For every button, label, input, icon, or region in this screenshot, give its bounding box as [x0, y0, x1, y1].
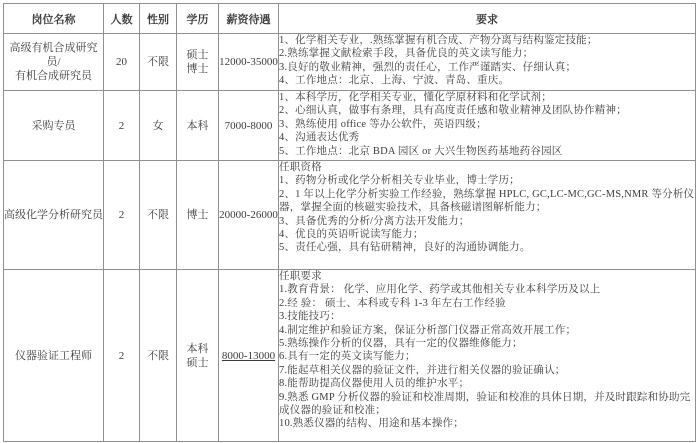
header-position: 岗位名称	[4, 4, 104, 34]
education-line: 博士	[177, 62, 218, 76]
position-line: 高级化学分析研究员	[4, 208, 103, 222]
salary-cell: 12000-35000	[219, 34, 279, 91]
header-gender: 性别	[140, 4, 177, 34]
education-line: 硕士	[177, 356, 218, 370]
position-line: 仪器验证工程师	[4, 349, 103, 363]
requirements-cell: 1、化学相关专业，.熟练掌握有机合成、产物分离与结构鉴定技能；2.熟练掌握文献检…	[279, 34, 696, 91]
education-line: 硕士	[177, 48, 218, 62]
position-line: 有机合成研究员	[4, 69, 103, 83]
position-cell: 采购专员	[4, 91, 104, 161]
requirement-line: 2.经 验： 硕士、本科或专科 1-3 年左右工作经验	[279, 297, 695, 310]
requirement-line: 2、1 年以上化学分析实验工作经验，熟练掌握 HPLC, GC,LC-MC,GC…	[279, 188, 695, 215]
position-cell: 仪器验证工程师	[4, 270, 104, 442]
position-cell: 高级有机合成研究员/有机合成研究员	[4, 34, 104, 91]
requirement-line: 4、工作地点：北京、上海、宁波、青岛、重庆。	[279, 74, 695, 87]
requirement-line: 2.熟练掌握文献检索手段，具备优良的英文读写能力；	[279, 47, 695, 60]
table-row: 高级化学分析研究员 2 不限 博士 20000-26000 任职资格1、药物分析…	[4, 161, 696, 270]
headcount-cell: 2	[104, 270, 140, 442]
job-postings-table: 岗位名称 人数 性别 学历 薪资待遇 要求 高级有机合成研究员/有机合成研究员 …	[3, 3, 696, 442]
requirements-cell: 1、本科学历，化学相关专业，懂化学原材料和化学试剂；2、心细认真，做事有条理，具…	[279, 91, 696, 161]
header-education: 学历	[177, 4, 219, 34]
gender-cell: 不限	[140, 161, 177, 270]
position-cell: 高级化学分析研究员	[4, 161, 104, 270]
gender-cell: 女	[140, 91, 177, 161]
requirement-line: 9.熟悉 GMP 分析仪器的验证和校准周期，验证和校准的具体日期，并及时跟踪和协…	[279, 391, 695, 418]
education-line: 本科	[177, 342, 218, 356]
education-cell: 博士	[177, 161, 219, 270]
requirement-line: 任职资格	[279, 161, 695, 174]
header-row: 岗位名称 人数 性别 学历 薪资待遇 要求	[4, 4, 696, 34]
requirement-line: 8.能帮助提高仪器使用人员的维护水平；	[279, 377, 695, 390]
requirement-line: 10.熟悉仪器的结构、用途和基本操作；	[279, 417, 695, 430]
requirement-line: 1.教育背景： 化学、应用化学、药学或其他相关专业本科学历及以上	[279, 283, 695, 296]
gender-cell: 不限	[140, 34, 177, 91]
education-cell: 本科	[177, 91, 219, 161]
salary-link[interactable]: 8000-13000	[222, 350, 275, 362]
requirements-cell: 任职要求1.教育背景： 化学、应用化学、药学或其他相关专业本科学历及以上2.经 …	[279, 270, 696, 442]
salary-cell: 8000-13000	[219, 270, 279, 442]
requirement-line: 1、本科学历，化学相关专业，懂化学原材料和化学试剂；	[279, 91, 695, 104]
requirement-line: 4.制定维护和验证方案，保证分析部门仪器正常高效开展工作；	[279, 324, 695, 337]
requirements-cell: 任职资格1、药物分析或化学分析相关专业毕业，博士学历；2、1 年以上化学分析实验…	[279, 161, 696, 270]
headcount-cell: 20	[104, 34, 140, 91]
job-table-page: 岗位名称 人数 性别 学历 薪资待遇 要求 高级有机合成研究员/有机合成研究员 …	[0, 0, 698, 443]
header-headcount: 人数	[104, 4, 140, 34]
table-row: 高级有机合成研究员/有机合成研究员 20 不限 硕士博士 12000-35000…	[4, 34, 696, 91]
header-salary: 薪资待遇	[219, 4, 279, 34]
requirement-line: 4、优良的英语听说读写能力；	[279, 228, 695, 241]
header-requirements: 要求	[279, 4, 696, 34]
requirement-line: 4、沟通表达优秀	[279, 131, 695, 144]
requirement-line: 3、具备优秀的分析/分离方法开发能力；	[279, 215, 695, 228]
requirement-line: 5、工作地点：北京 BDA 园区 or 大兴生物医药基地药谷园区	[279, 145, 695, 158]
requirement-line: 任职要求	[279, 270, 695, 283]
education-cell: 硕士博士	[177, 34, 219, 91]
requirement-line: 6.具有一定的英文读写能力；	[279, 350, 695, 363]
education-line: 博士	[177, 208, 218, 222]
education-cell: 本科硕士	[177, 270, 219, 442]
requirement-line: 3、熟练使用 office 等办公软件，英语四级；	[279, 118, 695, 131]
requirement-line: 5.熟练操作分析的仪器，具有一定的仪器维修能力；	[279, 337, 695, 350]
requirement-line: 3.技能技巧：	[279, 310, 695, 323]
requirement-line: 7.能起草相关仪器的验证文件，并进行相关仪器的验证确认；	[279, 364, 695, 377]
requirement-line: 5、责任心强，具有钻研精神，良好的沟通协调能力。	[279, 241, 695, 254]
requirement-line: 3.良好的敬业精神，强烈的责任心，工作严谨踏实、仔细认真；	[279, 61, 695, 74]
requirement-line: 2、心细认真，做事有条理，具有高度责任感和敬业精神及团队协作精神；	[279, 104, 695, 117]
position-line: 高级有机合成研究员/	[4, 41, 103, 69]
salary-cell: 20000-26000	[219, 161, 279, 270]
requirement-line: 1、化学相关专业，.熟练掌握有机合成、产物分离与结构鉴定技能；	[279, 34, 695, 47]
table-row: 采购专员 2 女 本科 7000-8000 1、本科学历，化学相关专业，懂化学原…	[4, 91, 696, 161]
headcount-cell: 2	[104, 161, 140, 270]
education-line: 本科	[177, 119, 218, 133]
position-line: 采购专员	[4, 119, 103, 133]
table-row: 仪器验证工程师 2 不限 本科硕士 8000-13000 任职要求1.教育背景：…	[4, 270, 696, 442]
salary-cell: 7000-8000	[219, 91, 279, 161]
headcount-cell: 2	[104, 91, 140, 161]
gender-cell: 不限	[140, 270, 177, 442]
requirement-line: 1、药物分析或化学分析相关专业毕业，博士学历；	[279, 174, 695, 187]
